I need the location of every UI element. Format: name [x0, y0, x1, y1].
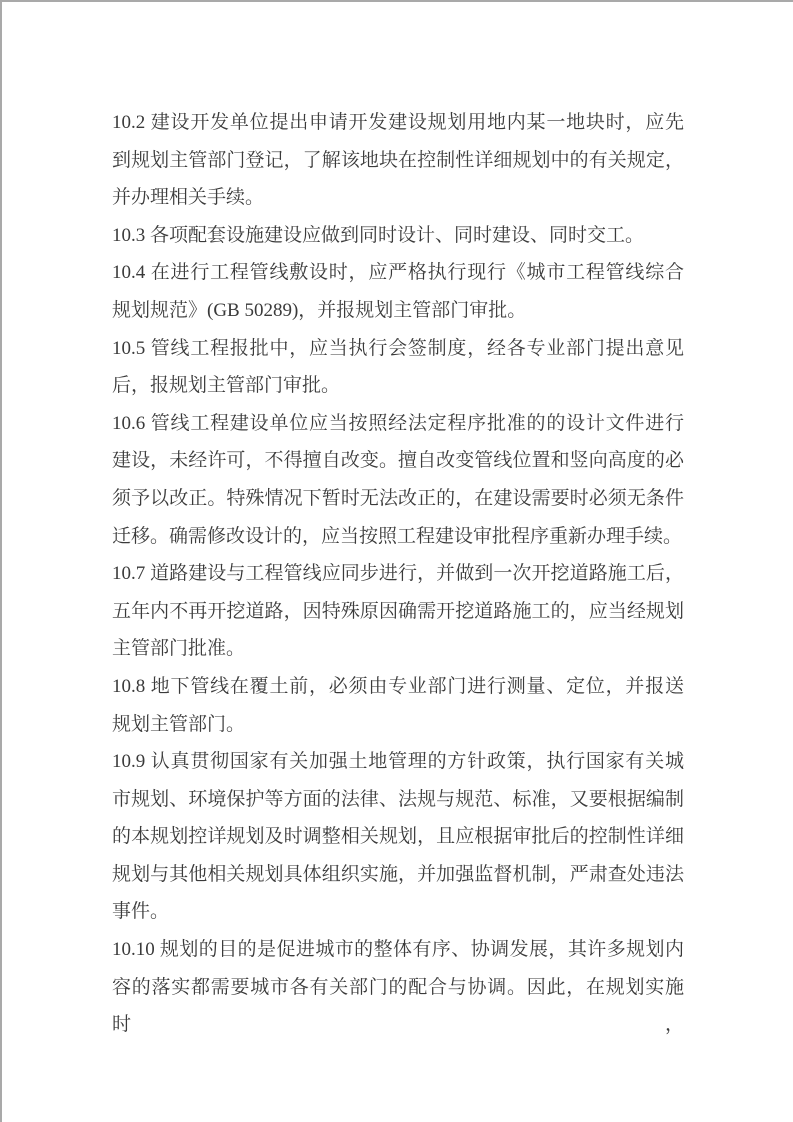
text-line: 后，报规划主管部门审批。 — [112, 367, 684, 405]
paragraph-10-7: 10.7 道路建设与工程管线应同步进行，并做到一次开挖道路施工后， 五年内不再开… — [112, 555, 684, 668]
text-line: 市规划、环境保护等方面的法律、法规与规范、标准，又要根据编制 — [112, 781, 684, 819]
paragraph-10-3: 10.3 各项配套设施建设应做到同时设计、同时建设、同时交工。 — [112, 217, 684, 255]
text-line: 建设，未经许可，不得擅自改变。擅自改变管线位置和竖向高度的必 — [112, 442, 684, 480]
paragraph-10-4: 10.4 在进行工程管线敷设时，应严格执行现行《城市工程管线综合 规划规范》(G… — [112, 254, 684, 329]
text-line: 规划与其他相关规划具体组织实施，并加强监督机制，严肃查处违法 — [112, 856, 684, 894]
text-line: 10.10 规划的目的是促进城市的整体有序、协调发展，其许多规划内 — [112, 931, 684, 969]
paragraph-10-6: 10.6 管线工程建设单位应当按照经法定程序批准的的设计文件进行 建设，未经许可… — [112, 405, 684, 555]
text-line: 10.8 地下管线在覆土前，必须由专业部门进行测量、定位，并报送 — [112, 668, 684, 706]
text-line: 10.5 管线工程报批中，应当执行会签制度，经各专业部门提出意见 — [112, 330, 684, 368]
text-line: 规划主管部门。 — [112, 706, 684, 744]
paragraph-10-2: 10.2 建设开发单位提出申请开发建设规划用地内某一地块时，应先 到规划主管部门… — [112, 104, 684, 217]
text-line: 的本规划控详规划及时调整相关规划，且应根据审批后的控制性详细 — [112, 818, 684, 856]
text-line: 10.7 道路建设与工程管线应同步进行，并做到一次开挖道路施工后， — [112, 555, 684, 593]
paragraph-10-5: 10.5 管线工程报批中，应当执行会签制度，经各专业部门提出意见 后，报规划主管… — [112, 330, 684, 405]
text-line: 并办理相关手续。 — [112, 179, 684, 217]
text-line: 事件。 — [112, 893, 684, 931]
text-line: 10.2 建设开发单位提出申请开发建设规划用地内某一地块时，应先 — [112, 104, 684, 142]
document-text-block: 10.2 建设开发单位提出申请开发建设规划用地内某一地块时，应先 到规划主管部门… — [112, 104, 684, 1044]
text-line: 10.6 管线工程建设单位应当按照经法定程序批准的的设计文件进行 — [112, 405, 684, 443]
text-line: 规划规范》(GB 50289)，并报规划主管部门审批。 — [112, 292, 684, 330]
text-line: 主管部门批准。 — [112, 630, 684, 668]
text-line: 10.3 各项配套设施建设应做到同时设计、同时建设、同时交工。 — [112, 217, 684, 255]
text-line: 到规划主管部门登记，了解该地块在控制性详细规划中的有关规定， — [112, 142, 684, 180]
paragraph-10-9: 10.9 认真贯彻国家有关加强土地管理的方针政策，执行国家有关城 市规划、环境保… — [112, 743, 684, 931]
text-line: 10.4 在进行工程管线敷设时，应严格执行现行《城市工程管线综合 — [112, 254, 684, 292]
text-line: 10.9 认真贯彻国家有关加强土地管理的方针政策，执行国家有关城 — [112, 743, 684, 781]
text-line: 须予以改正。特殊情况下暂时无法改正的，在建设需要时必须无条件 — [112, 480, 684, 518]
text-line: 迁移。确需修改设计的，应当按照工程建设审批程序重新办理手续。 — [112, 518, 684, 556]
text-line: 五年内不再开挖道路，因特殊原因确需开挖道路施工的，应当经规划 — [112, 593, 684, 631]
paragraph-10-8: 10.8 地下管线在覆土前，必须由专业部门进行测量、定位，并报送 规划主管部门。 — [112, 668, 684, 743]
text-line: 容的落实都需要城市各有关部门的配合与协调。因此，在规划实施时， — [112, 969, 684, 1044]
paragraph-10-10: 10.10 规划的目的是促进城市的整体有序、协调发展，其许多规划内 容的落实都需… — [112, 931, 684, 1044]
document-page: 10.2 建设开发单位提出申请开发建设规划用地内某一地块时，应先 到规划主管部门… — [0, 0, 793, 1122]
